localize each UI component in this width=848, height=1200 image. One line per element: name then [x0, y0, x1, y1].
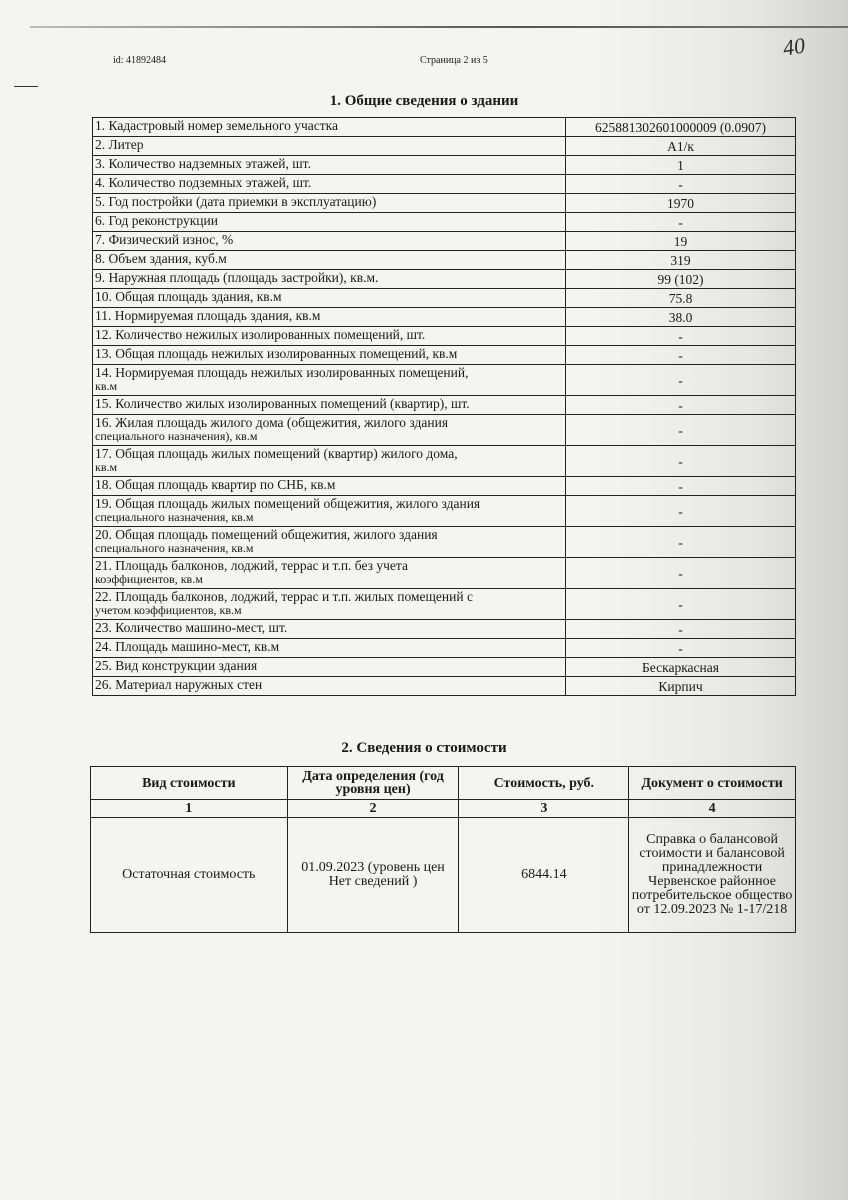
building-info-table: 1. Кадастровый номер земельного участка6…: [92, 117, 796, 696]
cost-type: Остаточная стоимость: [91, 818, 288, 933]
table-row: 24. Площадь машино-мест, кв.м-: [93, 639, 796, 658]
row-value: -: [566, 396, 796, 415]
table-row: 4. Количество подземных этажей, шт.-: [93, 175, 796, 194]
table-row: 14. Нормируемая площадь нежилых изолиров…: [93, 365, 796, 396]
row-label: 11. Нормируемая площадь здания, кв.м: [93, 308, 566, 327]
column-number: 4: [629, 800, 796, 818]
row-label-text: 26. Материал наружных стен: [95, 677, 262, 692]
row-value: -: [566, 589, 796, 620]
row-label-text: 22. Площадь балконов, лоджий, террас и т…: [95, 589, 473, 604]
row-label: 26. Материал наружных стен: [93, 677, 566, 696]
row-label-continuation: кв.м: [95, 379, 117, 393]
row-label: 18. Общая площадь квартир по СНБ, кв.м: [93, 477, 566, 496]
row-label: 13. Общая площадь нежилых изолированных …: [93, 346, 566, 365]
row-label-text: 8. Объем здания, куб.м: [95, 251, 227, 266]
row-label-text: 19. Общая площадь жилых помещений общежи…: [95, 496, 480, 511]
table-row: 18. Общая площадь квартир по СНБ, кв.м-: [93, 477, 796, 496]
table-row: 6. Год реконструкции-: [93, 213, 796, 232]
section-title-general: 1. Общие сведения о здании: [0, 93, 848, 110]
table-row: 25. Вид конструкции зданияБескаркасная: [93, 658, 796, 677]
table-row: 15. Количество жилых изолированных помещ…: [93, 396, 796, 415]
cost-table: Вид стоимости Дата определения (год уров…: [90, 766, 796, 933]
row-label: 22. Площадь балконов, лоджий, террас и т…: [93, 589, 566, 620]
row-label: 23. Количество машино-мест, шт.: [93, 620, 566, 639]
row-value: А1/к: [566, 137, 796, 156]
table-row: 19. Общая площадь жилых помещений общежи…: [93, 496, 796, 527]
row-label-text: 16. Жилая площадь жилого дома (общежития…: [95, 415, 448, 430]
section-title-cost: 2. Сведения о стоимости: [0, 740, 848, 757]
row-label-continuation: коэффициентов, кв.м: [95, 572, 203, 586]
table-row: 23. Количество машино-мест, шт.-: [93, 620, 796, 639]
row-value: -: [566, 477, 796, 496]
table-row: 7. Физический износ, %19: [93, 232, 796, 251]
document-id: id: 41892484: [113, 55, 166, 66]
table-row: 16. Жилая площадь жилого дома (общежития…: [93, 415, 796, 446]
row-label: 12. Количество нежилых изолированных пом…: [93, 327, 566, 346]
table-row: 26. Материал наружных стенКирпич: [93, 677, 796, 696]
row-label-text: 3. Количество надземных этажей, шт.: [95, 156, 311, 171]
column-number: 1: [91, 800, 288, 818]
row-value: Бескаркасная: [566, 658, 796, 677]
table-row: 13. Общая площадь нежилых изолированных …: [93, 346, 796, 365]
row-label-text: 20. Общая площадь помещений общежития, ж…: [95, 527, 438, 542]
row-value: 1: [566, 156, 796, 175]
cost-amount: 6844.14: [459, 818, 629, 933]
table-row: 21. Площадь балконов, лоджий, террас и т…: [93, 558, 796, 589]
table-row: 22. Площадь балконов, лоджий, террас и т…: [93, 589, 796, 620]
column-number-row: 1 2 3 4: [91, 800, 796, 818]
row-value: -: [566, 213, 796, 232]
header-amount: Стоимость, руб.: [459, 767, 629, 800]
cost-document: Справка о балансовой стоимости и балансо…: [629, 818, 796, 933]
row-value: 1970: [566, 194, 796, 213]
row-label-continuation: специального назначения, кв.м: [95, 510, 253, 524]
row-value: 99 (102): [566, 270, 796, 289]
row-label: 25. Вид конструкции здания: [93, 658, 566, 677]
row-label-text: 9. Наружная площадь (площадь застройки),…: [95, 270, 378, 285]
row-label: 6. Год реконструкции: [93, 213, 566, 232]
row-label-text: 17. Общая площадь жилых помещений (кварт…: [95, 446, 458, 461]
header-document: Документ о стоимости: [629, 767, 796, 800]
row-label: 20. Общая площадь помещений общежития, ж…: [93, 527, 566, 558]
row-label: 14. Нормируемая площадь нежилых изолиров…: [93, 365, 566, 396]
row-value: -: [566, 496, 796, 527]
row-value: 38.0: [566, 308, 796, 327]
row-value: 19: [566, 232, 796, 251]
table-row: 12. Количество нежилых изолированных пом…: [93, 327, 796, 346]
row-label-text: 24. Площадь машино-мест, кв.м: [95, 639, 279, 654]
row-value: -: [566, 527, 796, 558]
row-label-continuation: кв.м: [95, 460, 117, 474]
table-row: 17. Общая площадь жилых помещений (кварт…: [93, 446, 796, 477]
row-value: 75.8: [566, 289, 796, 308]
row-label-text: 21. Площадь балконов, лоджий, террас и т…: [95, 558, 408, 573]
table-row: 9. Наружная площадь (площадь застройки),…: [93, 270, 796, 289]
row-label-text: 11. Нормируемая площадь здания, кв.м: [95, 308, 320, 323]
row-label: 2. Литер: [93, 137, 566, 156]
row-label: 4. Количество подземных этажей, шт.: [93, 175, 566, 194]
table-row: 1. Кадастровый номер земельного участка6…: [93, 118, 796, 137]
row-value: -: [566, 346, 796, 365]
table-row: 11. Нормируемая площадь здания, кв.м38.0: [93, 308, 796, 327]
table-row: Остаточная стоимость 01.09.2023 (уровень…: [91, 818, 796, 933]
column-number: 2: [287, 800, 459, 818]
row-label-text: 7. Физический износ, %: [95, 232, 233, 247]
row-label-continuation: специального назначения, кв.м: [95, 541, 253, 555]
row-label-text: 6. Год реконструкции: [95, 213, 218, 228]
row-label-text: 13. Общая площадь нежилых изолированных …: [95, 346, 457, 361]
row-label-text: 14. Нормируемая площадь нежилых изолиров…: [95, 365, 468, 380]
row-value: 625881302601000009 (0.0907): [566, 118, 796, 137]
handwritten-sheet-number: 40: [781, 33, 806, 62]
row-label: 7. Физический износ, %: [93, 232, 566, 251]
table-row: 2. ЛитерА1/к: [93, 137, 796, 156]
scan-margin-mark: [14, 86, 38, 87]
row-label: 17. Общая площадь жилых помещений (кварт…: [93, 446, 566, 477]
row-label-text: 10. Общая площадь здания, кв.м: [95, 289, 282, 304]
row-value: -: [566, 365, 796, 396]
table-row: 20. Общая площадь помещений общежития, ж…: [93, 527, 796, 558]
header-cost-type: Вид стоимости: [91, 767, 288, 800]
row-label: 16. Жилая площадь жилого дома (общежития…: [93, 415, 566, 446]
column-number: 3: [459, 800, 629, 818]
row-label-continuation: учетом коэффициентов, кв.м: [95, 603, 242, 617]
table-row: 3. Количество надземных этажей, шт.1: [93, 156, 796, 175]
row-label-text: 2. Литер: [95, 137, 144, 152]
row-label: 1. Кадастровый номер земельного участка: [93, 118, 566, 137]
row-label-text: 4. Количество подземных этажей, шт.: [95, 175, 311, 190]
header-date: Дата определения (год уровня цен): [287, 767, 459, 800]
row-label: 24. Площадь машино-мест, кв.м: [93, 639, 566, 658]
row-value: -: [566, 327, 796, 346]
row-value: 319: [566, 251, 796, 270]
row-value: -: [566, 639, 796, 658]
page-number: Страница 2 из 5: [420, 55, 488, 66]
table-row: 5. Год постройки (дата приемки в эксплуа…: [93, 194, 796, 213]
cost-header-row: Вид стоимости Дата определения (год уров…: [91, 767, 796, 800]
row-label-text: 12. Количество нежилых изолированных пом…: [95, 327, 425, 342]
row-value: Кирпич: [566, 677, 796, 696]
row-label: 10. Общая площадь здания, кв.м: [93, 289, 566, 308]
row-label: 19. Общая площадь жилых помещений общежи…: [93, 496, 566, 527]
row-value: -: [566, 415, 796, 446]
row-label-text: 23. Количество машино-мест, шт.: [95, 620, 287, 635]
cost-date: 01.09.2023 (уровень цен Нет сведений ): [287, 818, 459, 933]
row-label-text: 25. Вид конструкции здания: [95, 658, 257, 673]
row-label: 15. Количество жилых изолированных помещ…: [93, 396, 566, 415]
row-label: 21. Площадь балконов, лоджий, террас и т…: [93, 558, 566, 589]
row-label: 9. Наружная площадь (площадь застройки),…: [93, 270, 566, 289]
row-label: 3. Количество надземных этажей, шт.: [93, 156, 566, 175]
row-value: -: [566, 620, 796, 639]
row-label-text: 1. Кадастровый номер земельного участка: [95, 118, 338, 133]
table-row: 10. Общая площадь здания, кв.м75.8: [93, 289, 796, 308]
table-row: 8. Объем здания, куб.м319: [93, 251, 796, 270]
row-label: 8. Объем здания, куб.м: [93, 251, 566, 270]
row-label-text: 15. Количество жилых изолированных помещ…: [95, 396, 470, 411]
scan-top-edge: [30, 26, 848, 28]
row-label-text: 18. Общая площадь квартир по СНБ, кв.м: [95, 477, 335, 492]
row-value: -: [566, 446, 796, 477]
row-value: -: [566, 558, 796, 589]
row-label: 5. Год постройки (дата приемки в эксплуа…: [93, 194, 566, 213]
row-label-text: 5. Год постройки (дата приемки в эксплуа…: [95, 194, 376, 209]
row-label-continuation: специального назначения), кв.м: [95, 429, 257, 443]
row-value: -: [566, 175, 796, 194]
